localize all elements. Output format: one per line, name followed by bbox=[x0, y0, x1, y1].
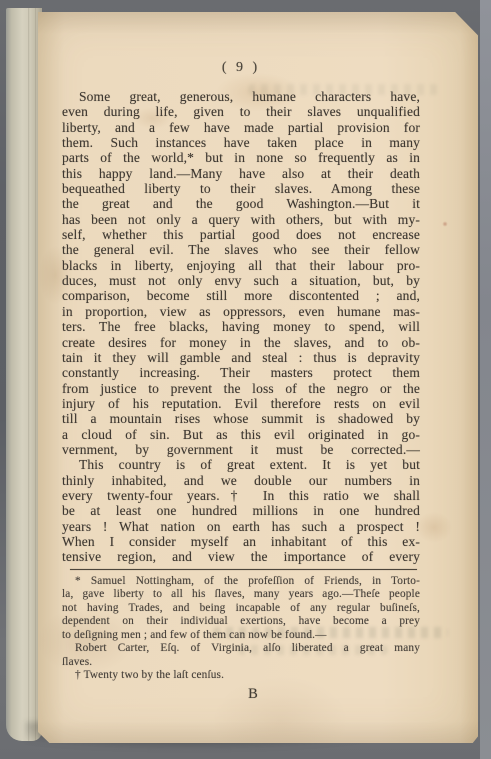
body-text-line: duces, must not only envy such a situati… bbox=[62, 273, 420, 288]
body-text-line: every twenty-four years.† In this ratio … bbox=[62, 488, 420, 503]
body-text-line: ters. The free blacks, having money to s… bbox=[62, 319, 420, 334]
body-text-line: blacks in liberty, enjoying all that the… bbox=[62, 258, 420, 273]
body-text-line: liberty, and a few have made partial pro… bbox=[62, 120, 420, 135]
body-text: Some great, generous, humane characters … bbox=[62, 89, 420, 565]
body-text-line: years ! What nation on earth has such a … bbox=[62, 519, 420, 534]
body-text-line: vernment, by government it must be corre… bbox=[62, 442, 420, 457]
body-text-line: constantly increasing. Their masters pro… bbox=[62, 365, 420, 380]
body-text-line: the great and the good Washington.—But i… bbox=[62, 196, 420, 211]
book-page-edges bbox=[6, 8, 42, 741]
body-text-line: parts of the world,* but in none so freq… bbox=[62, 150, 420, 165]
footnote-separator-rule bbox=[70, 569, 417, 570]
page-number: ( 9 ) bbox=[62, 60, 420, 76]
body-text-line: them. Such instances have taken place in… bbox=[62, 135, 420, 150]
body-text-line: be at least one hundred millions in one … bbox=[62, 503, 420, 518]
body-text-line: in proportion, view as oppressors, even … bbox=[62, 304, 420, 319]
footnotes: * Samuel Nottingham, of the profeſſion o… bbox=[62, 575, 420, 683]
signature-mark: B bbox=[62, 686, 420, 703]
body-text-line: a cloud of sin. But as this evil origina… bbox=[62, 427, 420, 442]
scan-background: { "page": { "page_number": "( 9 )", "bod… bbox=[0, 0, 491, 759]
footnote-line: not having Trades, and being incapable o… bbox=[62, 602, 420, 616]
footnote-line: Robert Carter, Eſq. of Virginia, alſo li… bbox=[62, 642, 420, 656]
body-text-line: tensive region, and view the importance … bbox=[62, 549, 420, 564]
body-text-line: from justice to prevent the loss of the … bbox=[62, 381, 420, 396]
body-text-line: has been not only a query with others, b… bbox=[62, 212, 420, 227]
body-text-line: Some great, generous, humane characters … bbox=[62, 89, 420, 104]
book-page: ( 9 ) Some great, generous, humane chara… bbox=[38, 12, 478, 743]
body-text-line: the general evil. The slaves who see the… bbox=[62, 242, 420, 257]
scanner-bed-edge bbox=[480, 0, 491, 759]
body-text-line: comparison, become still more discontent… bbox=[62, 288, 420, 303]
body-text-line: injury of his reputation. Evil therefore… bbox=[62, 396, 420, 411]
body-text-line: thinly inhabited, and we double our numb… bbox=[62, 473, 420, 488]
footnote-line: * Samuel Nottingham, of the profeſſion o… bbox=[62, 575, 420, 589]
body-text-line: this happy land.—Many have also at their… bbox=[62, 166, 420, 181]
body-text-line: till a mountain rises whose summit is sh… bbox=[62, 411, 420, 426]
footnote-line: la, gave liberty to all his ſlaves, many… bbox=[62, 588, 420, 602]
body-text-line: create desires for money in the slaves, … bbox=[62, 335, 420, 350]
footnote-line: ſlaves. bbox=[62, 656, 420, 670]
body-text-line: This country is of great extent. It is y… bbox=[62, 457, 420, 472]
page-content: ( 9 ) Some great, generous, humane chara… bbox=[62, 12, 420, 703]
footnote-line: to deſigning men ; and few of them can n… bbox=[62, 629, 420, 643]
body-text-line: bequeathed liberty to their slaves. Amon… bbox=[62, 181, 420, 196]
footnote-line: dependent on their individual exertions,… bbox=[62, 615, 420, 629]
body-text-line: even during life, given to their slaves … bbox=[62, 104, 420, 119]
body-text-line: When I consider myself an inhabitant of … bbox=[62, 534, 420, 549]
body-text-line: self, whether this partial good does not… bbox=[62, 227, 420, 242]
body-text-line: tain it they will gamble and steal : thu… bbox=[62, 350, 420, 365]
footnote-line: † Twenty two by the laſt cenſus. bbox=[62, 669, 420, 683]
